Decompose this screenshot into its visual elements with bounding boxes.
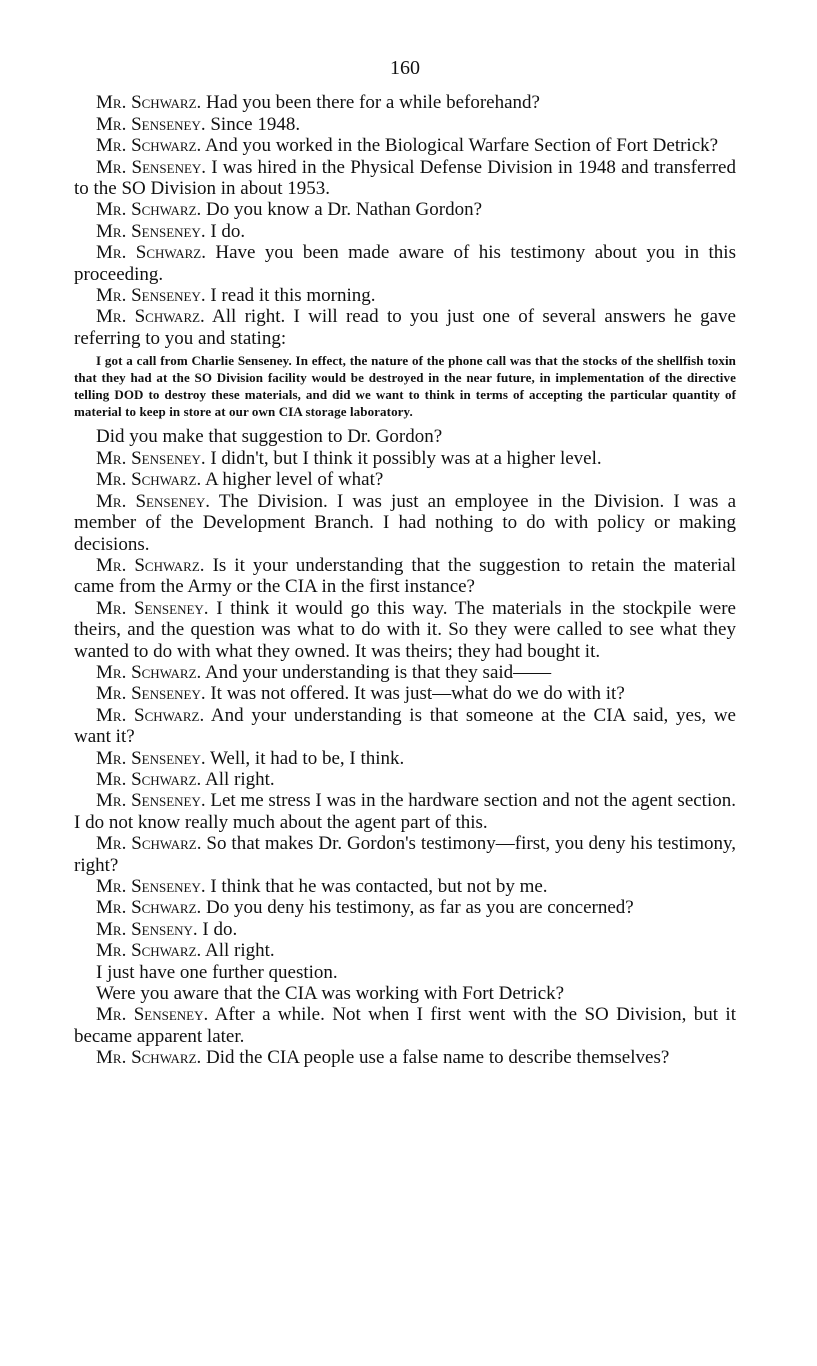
- quoted-testimony: I got a call from Charlie Senseney. In e…: [74, 353, 736, 420]
- paragraph-text: Do you deny his testimony, as far as you…: [201, 897, 633, 918]
- paragraph: Mr. Schwarz. Do you know a Dr. Nathan Go…: [74, 199, 736, 220]
- speaker-name: Mr. Schwarz.: [96, 897, 201, 918]
- page-number: 160: [74, 58, 736, 79]
- paragraph: Mr. Schwarz. All right. I will read to y…: [74, 306, 736, 349]
- speaker-name: Mr. Senseney.: [96, 221, 206, 242]
- paragraph-text: Had you been there for a while beforehan…: [201, 92, 540, 113]
- paragraph: Mr. Schwarz. Is it your understanding th…: [74, 555, 736, 598]
- paragraph-text: Do you know a Dr. Nathan Gordon?: [201, 199, 482, 220]
- paragraph: Mr. Schwarz. And your understanding is t…: [74, 705, 736, 748]
- paragraph-text: It was not offered. It was just—what do …: [206, 683, 625, 704]
- speaker-name: Mr. Schwarz.: [96, 92, 201, 113]
- paragraph: Mr. Senseney. Let me stress I was in the…: [74, 790, 736, 833]
- speaker-name: Mr. Schwarz.: [96, 199, 201, 220]
- paragraph: Mr. Senseney. It was not offered. It was…: [74, 683, 736, 704]
- paragraph-text: And your understanding is that they said…: [201, 662, 551, 683]
- paragraph-text: And you worked in the Biological Warfare…: [201, 135, 718, 156]
- speaker-name: Mr. Schwarz.: [96, 555, 205, 576]
- paragraph: Were you aware that the CIA was working …: [74, 983, 736, 1004]
- paragraph: Mr. Senseney. I think it would go this w…: [74, 598, 736, 662]
- paragraph: Mr. Schwarz. A higher level of what?: [74, 469, 736, 490]
- paragraph: Mr. Senseney. Well, it had to be, I thin…: [74, 748, 736, 769]
- paragraph-text: I do.: [198, 919, 238, 940]
- speaker-name: Mr. Schwarz.: [96, 662, 201, 683]
- speaker-name: Mr. Schwarz.: [96, 469, 201, 490]
- speaker-name: Mr. Senseney.: [96, 114, 206, 135]
- paragraph: Mr. Senseny. I do.: [74, 919, 736, 940]
- paragraph-text: I think that he was contacted, but not b…: [206, 876, 548, 897]
- speaker-name: Mr. Senseney.: [96, 448, 206, 469]
- speaker-name: Mr. Schwarz.: [96, 705, 204, 726]
- speaker-name: Mr. Senseney.: [96, 157, 206, 178]
- paragraph-text: I do.: [206, 221, 246, 242]
- paragraph-text: A higher level of what?: [201, 469, 383, 490]
- paragraph: Mr. Schwarz. All right.: [74, 769, 736, 790]
- paragraph: Mr. Senseney. I didn't, but I think it p…: [74, 448, 736, 469]
- document-page: 160 Mr. Schwarz. Had you been there for …: [74, 58, 736, 1069]
- paragraph: Mr. Senseney. I read it this morning.: [74, 285, 736, 306]
- paragraph-text: I didn't, but I think it possibly was at…: [206, 448, 602, 469]
- paragraph: Mr. Schwarz. And your understanding is t…: [74, 662, 736, 683]
- speaker-name: Mr. Schwarz.: [96, 940, 201, 961]
- speaker-name: Mr. Schwarz.: [96, 833, 201, 854]
- speaker-name: Mr. Senseny.: [96, 919, 198, 940]
- speaker-name: Mr. Senseney.: [96, 790, 206, 811]
- paragraph-text: Did the CIA people use a false name to d…: [201, 1047, 669, 1068]
- paragraph: I just have one further question.: [74, 962, 736, 983]
- paragraph: Mr. Schwarz. And you worked in the Biolo…: [74, 135, 736, 156]
- paragraph-text: All right.: [201, 769, 274, 790]
- paragraph-text: Did you make that suggestion to Dr. Gord…: [96, 426, 442, 447]
- speaker-name: Mr. Senseney.: [96, 683, 206, 704]
- speaker-name: Mr. Senseney.: [96, 491, 210, 512]
- speaker-name: Mr. Schwarz.: [96, 242, 206, 263]
- speaker-name: Mr. Senseney.: [96, 285, 206, 306]
- speaker-name: Mr. Schwarz.: [96, 1047, 201, 1068]
- testimony-block-1: Mr. Schwarz. Had you been there for a wh…: [74, 92, 736, 349]
- paragraph-text: Were you aware that the CIA was working …: [96, 983, 564, 1004]
- paragraph: Mr. Schwarz. All right.: [74, 940, 736, 961]
- paragraph: Mr. Schwarz. So that makes Dr. Gordon's …: [74, 833, 736, 876]
- paragraph: Mr. Schwarz. Have you been made aware of…: [74, 242, 736, 285]
- paragraph-text: I just have one further question.: [96, 962, 338, 983]
- paragraph-text: Since 1948.: [206, 114, 300, 135]
- speaker-name: Mr. Senseney.: [96, 748, 206, 769]
- paragraph: Did you make that suggestion to Dr. Gord…: [74, 426, 736, 447]
- speaker-name: Mr. Schwarz.: [96, 306, 205, 327]
- paragraph: Mr. Senseney. Since 1948.: [74, 114, 736, 135]
- speaker-name: Mr. Senseney.: [96, 1004, 208, 1025]
- speaker-name: Mr. Senseney.: [96, 598, 209, 619]
- paragraph: Mr. Senseney. I was hired in the Physica…: [74, 157, 736, 200]
- paragraph: Mr. Senseney. I think that he was contac…: [74, 876, 736, 897]
- paragraph: Mr. Schwarz. Did the CIA people use a fa…: [74, 1047, 736, 1068]
- speaker-name: Mr. Senseney.: [96, 876, 206, 897]
- paragraph-text: All right.: [201, 940, 274, 961]
- paragraph-text: I read it this morning.: [206, 285, 376, 306]
- paragraph: Mr. Senseney. The Division. I was just a…: [74, 491, 736, 555]
- speaker-name: Mr. Schwarz.: [96, 769, 201, 790]
- testimony-block-2: Did you make that suggestion to Dr. Gord…: [74, 426, 736, 1068]
- paragraph-text: Well, it had to be, I think.: [206, 748, 405, 769]
- paragraph: Mr. Senseney. I do.: [74, 221, 736, 242]
- speaker-name: Mr. Schwarz.: [96, 135, 201, 156]
- paragraph: Mr. Schwarz. Do you deny his testimony, …: [74, 897, 736, 918]
- paragraph: Mr. Senseney. After a while. Not when I …: [74, 1004, 736, 1047]
- paragraph: Mr. Schwarz. Had you been there for a wh…: [74, 92, 736, 113]
